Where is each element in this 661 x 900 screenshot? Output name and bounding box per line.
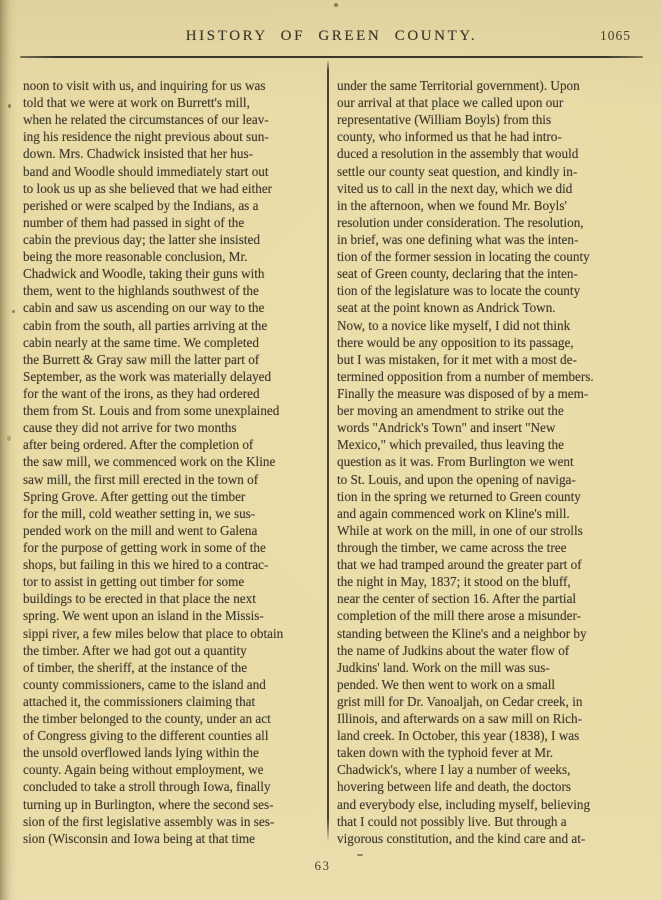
ink-speck — [12, 310, 15, 313]
text-line: band and Woodle should immediately start… — [23, 163, 320, 180]
text-line: Now, to a novice like myself, I did not … — [337, 317, 642, 334]
text-line: ber moving an amendment to strike out th… — [337, 402, 642, 419]
text-line: that we had tramped around the greater p… — [337, 556, 642, 573]
text-line: the night in May, 1837; it stood on the … — [337, 573, 642, 590]
text-line: county commissioners, came to the island… — [23, 676, 320, 693]
text-line: pended. We then went to work on a small — [337, 676, 642, 693]
text-line: spring. We went upon an island in the Mi… — [23, 607, 320, 624]
text-line: words "Andrick's Town" and insert "New — [337, 419, 642, 436]
text-line: duced a resolution in the assembly that … — [337, 145, 642, 162]
text-line: down. Mrs. Chadwick insisted that her hu… — [23, 145, 320, 162]
text-line: tor to assist in getting out timber for … — [23, 573, 320, 590]
text-line: told that we were at work on Burrett's m… — [23, 94, 320, 111]
text-line: the Burrett & Gray saw mill the latter p… — [23, 351, 320, 368]
text-line: termined opposition from a number of mem… — [337, 368, 642, 385]
left-text-column: noon to visit with us, and inquiring for… — [23, 77, 320, 847]
text-line: after being ordered. After the completio… — [23, 436, 320, 453]
text-line: there would be any opposition to its pas… — [337, 334, 642, 351]
text-line: tion of the legislature was to locate th… — [337, 282, 642, 299]
text-line: for the purpose of getting work in some … — [23, 539, 320, 556]
text-line: vigorous constitution, and the kind care… — [337, 830, 642, 847]
text-line: sion (Wisconsin and Iowa being at that t… — [23, 830, 320, 847]
ink-speck — [8, 104, 11, 108]
text-line: pended work on the mill and went to Gale… — [23, 522, 320, 539]
text-line: tion of the former session in locating t… — [337, 248, 642, 265]
text-line: ing his residence the night previous abo… — [23, 128, 320, 145]
text-line: them, went to the highlands southwest of… — [23, 282, 320, 299]
text-line: in brief, was one defining what was the … — [337, 231, 642, 248]
text-line: for the mill, cold weather setting in, w… — [23, 505, 320, 522]
text-line: While at work on the mill, in one of our… — [337, 522, 642, 539]
text-line: and everybody else, including myself, be… — [337, 796, 642, 813]
text-line: under the same Territorial government). … — [337, 77, 642, 94]
text-line: Judkins' land. Work on the mill was sus- — [337, 659, 642, 676]
text-line: county. Again being without employment, … — [23, 761, 320, 778]
text-line: land creek. In October, this year (1838)… — [337, 727, 642, 744]
text-line: our arrival at that place we called upon… — [337, 94, 642, 111]
running-header: HISTORY OF GREEN COUNTY. 1065 — [20, 27, 643, 49]
text-line: of Congress giving to the different coun… — [23, 727, 320, 744]
page-number: 1065 — [600, 28, 631, 44]
text-line: in the afternoon, when we found Mr. Boyl… — [337, 197, 642, 214]
text-line: vited us to call in the next day, which … — [337, 180, 642, 197]
folio-number: 63 — [0, 858, 645, 874]
text-line: grist mill for Dr. Vanoaljah, on Cedar c… — [337, 693, 642, 710]
ink-speck — [357, 854, 363, 856]
text-line: them from St. Louis and from some unexpl… — [23, 402, 320, 419]
text-line: the timber. After we had got out a quant… — [23, 642, 320, 659]
book-page-scan: HISTORY OF GREEN COUNTY. 1065 noon to vi… — [0, 0, 661, 900]
text-line: county, who informed us that he had intr… — [337, 128, 642, 145]
text-line: hovering between life and death, the doc… — [337, 778, 642, 795]
text-line: shops, but failing in this we hired to a… — [23, 556, 320, 573]
text-line: Finally the measure was disposed of by a… — [337, 385, 642, 402]
text-line: noon to visit with us, and inquiring for… — [23, 77, 320, 94]
text-line: near the center of section 16. After the… — [337, 590, 642, 607]
text-line: through the timber, we came across the t… — [337, 539, 642, 556]
text-line: when he related the circumstances of our… — [23, 111, 320, 128]
text-line: but I was mistaken, for it met with a mo… — [337, 351, 642, 368]
binding-edge-shadow — [0, 0, 18, 900]
text-line: cabin and saw us ascending on our way to… — [23, 299, 320, 316]
text-line: Spring Grove. After getting out the timb… — [23, 488, 320, 505]
text-line: cause they did not arrive for two months — [23, 419, 320, 436]
text-line: September, as the work was materially de… — [23, 368, 320, 385]
text-line: number of them had passed in sight of th… — [23, 214, 320, 231]
text-line: standing between the Kline's and a neigh… — [337, 625, 642, 642]
text-line: the timber belonged to the county, under… — [23, 710, 320, 727]
text-line: Mexico," which prevailed, thus leaving t… — [337, 436, 642, 453]
text-line: Chadwick's, where I lay a number of week… — [337, 761, 642, 778]
text-line: representative (William Boyls) from this — [337, 111, 642, 128]
text-line: sion of the first legislative assembly w… — [23, 813, 320, 830]
text-line: seat at the point known as Andrick Town. — [337, 299, 642, 316]
text-line: Chadwick and Woodle, taking their guns w… — [23, 265, 320, 282]
text-line: to St. Louis, and upon the opening of na… — [337, 471, 642, 488]
text-line: and again commenced work on Kline's mill… — [337, 505, 642, 522]
text-line: perished or were scalped by the Indians,… — [23, 197, 320, 214]
right-text-column: under the same Territorial government). … — [337, 77, 642, 847]
text-line: taken down with the typhoid fever at Mr. — [337, 744, 642, 761]
text-line: attached it, the commissioners claiming … — [23, 693, 320, 710]
text-line: cabin the previous day; the latter she i… — [23, 231, 320, 248]
text-line: resolution under consideration. The reso… — [337, 214, 642, 231]
text-line: concluded to take a stroll through Iowa,… — [23, 778, 320, 795]
text-line: to look us up as she believed that we ha… — [23, 180, 320, 197]
ink-speck — [7, 436, 11, 441]
text-line: saw mill, the first mill erected in the … — [23, 471, 320, 488]
text-line: turning up in Burlington, where the seco… — [23, 796, 320, 813]
text-line: that I could not possibly live. But thro… — [337, 813, 642, 830]
text-line: completion of the mill there arose a mis… — [337, 607, 642, 624]
text-line: of timber, the sheriff, at the instance … — [23, 659, 320, 676]
text-line: being the more reasonable conclusion, Mr… — [23, 248, 320, 265]
text-line: seat of Green county, declaring that the… — [337, 265, 642, 282]
text-line: question as it was. From Burlington we w… — [337, 453, 642, 470]
text-line: the name of Judkins about the water flow… — [337, 642, 642, 659]
text-line: sippi river, a few miles below that plac… — [23, 625, 320, 642]
text-line: tion in the spring we returned to Green … — [337, 488, 642, 505]
text-line: settle our county seat question, and kin… — [337, 163, 642, 180]
text-line: the saw mill, we commenced work on the K… — [23, 453, 320, 470]
text-line: the unsold overflowed lands lying within… — [23, 744, 320, 761]
text-line: cabin from the south, all parties arrivi… — [23, 317, 320, 334]
text-line: Illinois, and afterwards on a saw mill o… — [337, 710, 642, 727]
text-line: buildings to be erected in that place th… — [23, 590, 320, 607]
page-title: HISTORY OF GREEN COUNTY. — [186, 28, 477, 44]
ink-speck — [334, 3, 338, 7]
header-rule — [20, 56, 643, 58]
text-line: for the want of the irons, as they had o… — [23, 385, 320, 402]
column-divider-rule — [327, 60, 329, 842]
text-line: cabin nearly at the same time. We comple… — [23, 334, 320, 351]
